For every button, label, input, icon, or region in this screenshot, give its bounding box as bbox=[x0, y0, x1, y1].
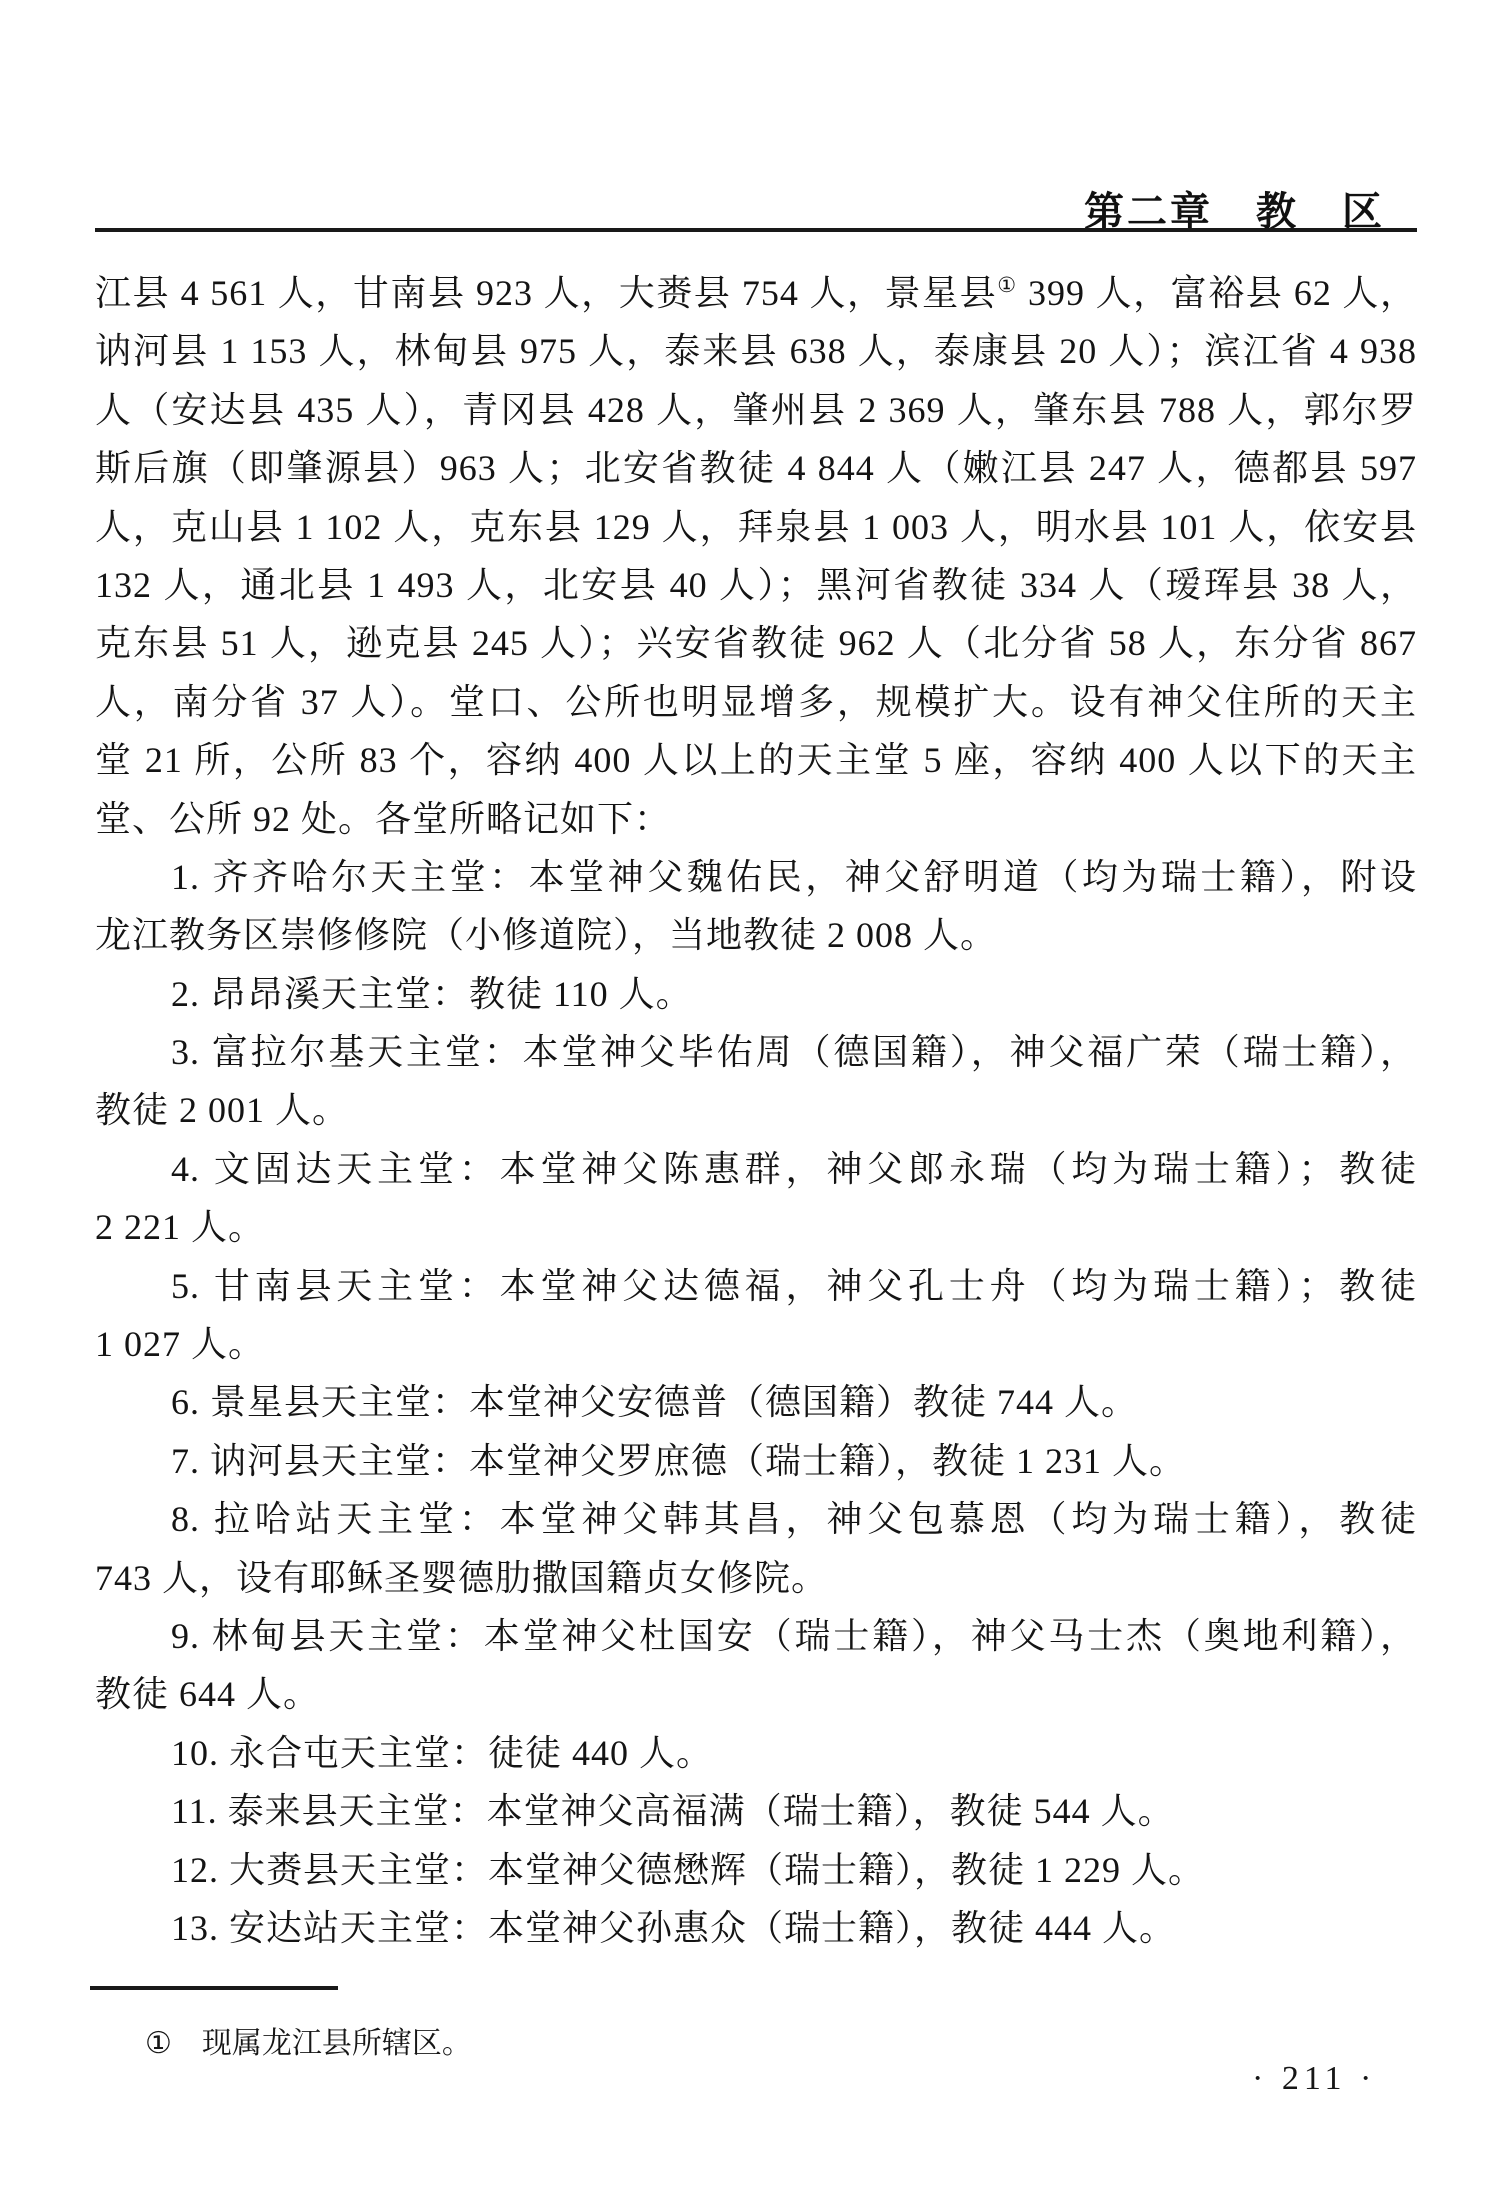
text-segment: 13. 安达站天主堂：本堂神父孙惠众（瑞士籍），教徒 444 人。 bbox=[171, 1908, 1176, 1948]
text-segment: 讷河县 1 153 人，林甸县 975 人，泰来县 638 人，泰康县 20 人… bbox=[95, 331, 1417, 371]
text-line: 堂 21 所，公所 83 个，容纳 400 人以上的天主堂 5 座，容纳 400… bbox=[95, 731, 1417, 789]
text-line: 7. 讷河县天主堂：本堂神父罗庶德（瑞士籍），教徒 1 231 人。 bbox=[95, 1432, 1417, 1490]
body-text: 江县 4 561 人，甘南县 923 人，大赉县 754 人，景星县① 399 … bbox=[95, 264, 1417, 1957]
document-page: 第二章 教 区 江县 4 561 人，甘南县 923 人，大赉县 754 人，景… bbox=[0, 0, 1500, 2187]
footnote: ① 现属龙江县所辖区。 bbox=[145, 2018, 472, 2062]
text-line: 8. 拉哈站天主堂：本堂神父韩其昌，神父包慕恩（均为瑞士籍），教徒 bbox=[95, 1490, 1417, 1548]
text-segment: 5. 甘南县天主堂：本堂神父达德福，神父孔士舟（均为瑞士籍）；教徒 bbox=[171, 1266, 1417, 1306]
text-line: 克东县 51 人，逊克县 245 人）；兴安省教徒 962 人（北分省 58 人… bbox=[95, 614, 1417, 672]
text-line: 3. 富拉尔基天主堂：本堂神父毕佑周（德国籍），神父福广荣（瑞士籍）， bbox=[95, 1023, 1417, 1081]
text-line: 人（安达县 435 人），青冈县 428 人，肇州县 2 369 人，肇东县 7… bbox=[95, 381, 1417, 439]
text-line: 10. 永合屯天主堂：徒徒 440 人。 bbox=[95, 1724, 1417, 1782]
text-segment: 10. 永合屯天主堂：徒徒 440 人。 bbox=[171, 1733, 713, 1773]
text-segment: 6. 景星县天主堂：本堂神父安德普（德国籍）教徒 744 人。 bbox=[171, 1382, 1138, 1422]
text-line: 讷河县 1 153 人，林甸县 975 人，泰来县 638 人，泰康县 20 人… bbox=[95, 322, 1417, 380]
text-segment: 11. 泰来县天主堂：本堂神父高福满（瑞士籍），教徒 544 人。 bbox=[171, 1791, 1175, 1831]
text-line: 9. 林甸县天主堂：本堂神父杜国安（瑞士籍），神父马士杰（奥地利籍）， bbox=[95, 1607, 1417, 1665]
text-line: 2. 昂昂溪天主堂：教徒 110 人。 bbox=[95, 965, 1417, 1023]
text-line: 1 027 人。 bbox=[95, 1315, 1417, 1373]
text-segment: 人，南分省 37 人）。堂口、公所也明显增多，规模扩大。设有神父住所的天主 bbox=[95, 682, 1417, 722]
text-segment: 2. 昂昂溪天主堂：教徒 110 人。 bbox=[171, 974, 693, 1014]
text-segment: 12. 大赉县天主堂：本堂神父德懋辉（瑞士籍），教徒 1 229 人。 bbox=[171, 1850, 1205, 1890]
text-segment: 龙江教务区崇修修院（小修道院），当地教徒 2 008 人。 bbox=[95, 915, 997, 955]
text-segment: 人（安达县 435 人），青冈县 428 人，肇州县 2 369 人，肇东县 7… bbox=[95, 390, 1417, 430]
text-line: 13. 安达站天主堂：本堂神父孙惠众（瑞士籍），教徒 444 人。 bbox=[95, 1899, 1417, 1957]
text-line: 743 人，设有耶稣圣婴德肋撒国籍贞女修院。 bbox=[95, 1549, 1417, 1607]
text-segment: 1. 齐齐哈尔天主堂：本堂神父魏佑民，神父舒明道（均为瑞士籍），附设 bbox=[171, 857, 1417, 897]
text-segment: 8. 拉哈站天主堂：本堂神父韩其昌，神父包慕恩（均为瑞士籍），教徒 bbox=[171, 1499, 1417, 1539]
text-line: 5. 甘南县天主堂：本堂神父达德福，神父孔士舟（均为瑞士籍）；教徒 bbox=[95, 1257, 1417, 1315]
text-line: 堂、公所 92 处。各堂所略记如下： bbox=[95, 790, 1417, 848]
text-line: 人，南分省 37 人）。堂口、公所也明显增多，规模扩大。设有神父住所的天主 bbox=[95, 673, 1417, 731]
text-segment: 9. 林甸县天主堂：本堂神父杜国安（瑞士籍），神父马士杰（奥地利籍）， bbox=[171, 1616, 1417, 1656]
text-line: 人，克山县 1 102 人，克东县 129 人，拜泉县 1 003 人，明水县 … bbox=[95, 498, 1417, 556]
text-segment: 克东县 51 人，逊克县 245 人）；兴安省教徒 962 人（北分省 58 人… bbox=[95, 623, 1417, 663]
text-line: 教徒 2 001 人。 bbox=[95, 1081, 1417, 1139]
text-segment: 人，克山县 1 102 人，克东县 129 人，拜泉县 1 003 人，明水县 … bbox=[95, 507, 1417, 547]
text-line: 1. 齐齐哈尔天主堂：本堂神父魏佑民，神父舒明道（均为瑞士籍），附设 bbox=[95, 848, 1417, 906]
text-line: 11. 泰来县天主堂：本堂神父高福满（瑞士籍），教徒 544 人。 bbox=[95, 1782, 1417, 1840]
footnote-marker: ① bbox=[145, 2026, 172, 2061]
footnote-text: 现属龙江县所辖区。 bbox=[202, 2018, 472, 2062]
footnote-rule bbox=[90, 1986, 338, 1990]
text-segment: 堂、公所 92 处。各堂所略记如下： bbox=[95, 799, 671, 839]
text-segment: 743 人，设有耶稣圣婴德肋撒国籍贞女修院。 bbox=[95, 1558, 828, 1598]
text-line: 龙江教务区崇修修院（小修道院），当地教徒 2 008 人。 bbox=[95, 906, 1417, 964]
text-segment: 4. 文固达天主堂：本堂神父陈惠群，神父郎永瑞（均为瑞士籍）；教徒 bbox=[171, 1149, 1417, 1189]
text-segment: 132 人，通北县 1 493 人，北安县 40 人）；黑河省教徒 334 人（… bbox=[95, 565, 1417, 605]
text-line: 132 人，通北县 1 493 人，北安县 40 人）；黑河省教徒 334 人（… bbox=[95, 556, 1417, 614]
text-line: 6. 景星县天主堂：本堂神父安德普（德国籍）教徒 744 人。 bbox=[95, 1373, 1417, 1431]
header-rule bbox=[95, 228, 1417, 232]
text-line: 教徒 644 人。 bbox=[95, 1665, 1417, 1723]
text-line: 4. 文固达天主堂：本堂神父陈惠群，神父郎永瑞（均为瑞士籍）；教徒 bbox=[95, 1140, 1417, 1198]
text-line: 2 221 人。 bbox=[95, 1198, 1417, 1256]
page-number: · 211 · bbox=[1252, 2060, 1376, 2098]
text-segment: 2 221 人。 bbox=[95, 1207, 265, 1247]
text-line: 斯后旗（即肇源县）963 人；北安省教徒 4 844 人（嫩江县 247 人，德… bbox=[95, 439, 1417, 497]
footnote-ref-marker: ① bbox=[997, 273, 1017, 297]
text-line: 12. 大赉县天主堂：本堂神父德懋辉（瑞士籍），教徒 1 229 人。 bbox=[95, 1841, 1417, 1899]
text-segment: 堂 21 所，公所 83 个，容纳 400 人以上的天主堂 5 座，容纳 400… bbox=[95, 740, 1417, 780]
text-segment: 教徒 644 人。 bbox=[95, 1674, 320, 1714]
text-segment: 江县 4 561 人，甘南县 923 人，大赉县 754 人，景星县 bbox=[95, 273, 997, 313]
text-segment: 1 027 人。 bbox=[95, 1324, 265, 1364]
text-segment: 3. 富拉尔基天主堂：本堂神父毕佑周（德国籍），神父福广荣（瑞士籍）， bbox=[171, 1032, 1417, 1072]
text-segment: 斯后旗（即肇源县）963 人；北安省教徒 4 844 人（嫩江县 247 人，德… bbox=[95, 448, 1417, 488]
text-line: 江县 4 561 人，甘南县 923 人，大赉县 754 人，景星县① 399 … bbox=[95, 264, 1417, 322]
text-segment: 7. 讷河县天主堂：本堂神父罗庶德（瑞士籍），教徒 1 231 人。 bbox=[171, 1441, 1186, 1481]
text-segment: 399 人，富裕县 62 人， bbox=[1017, 273, 1417, 313]
text-segment: 教徒 2 001 人。 bbox=[95, 1090, 349, 1130]
